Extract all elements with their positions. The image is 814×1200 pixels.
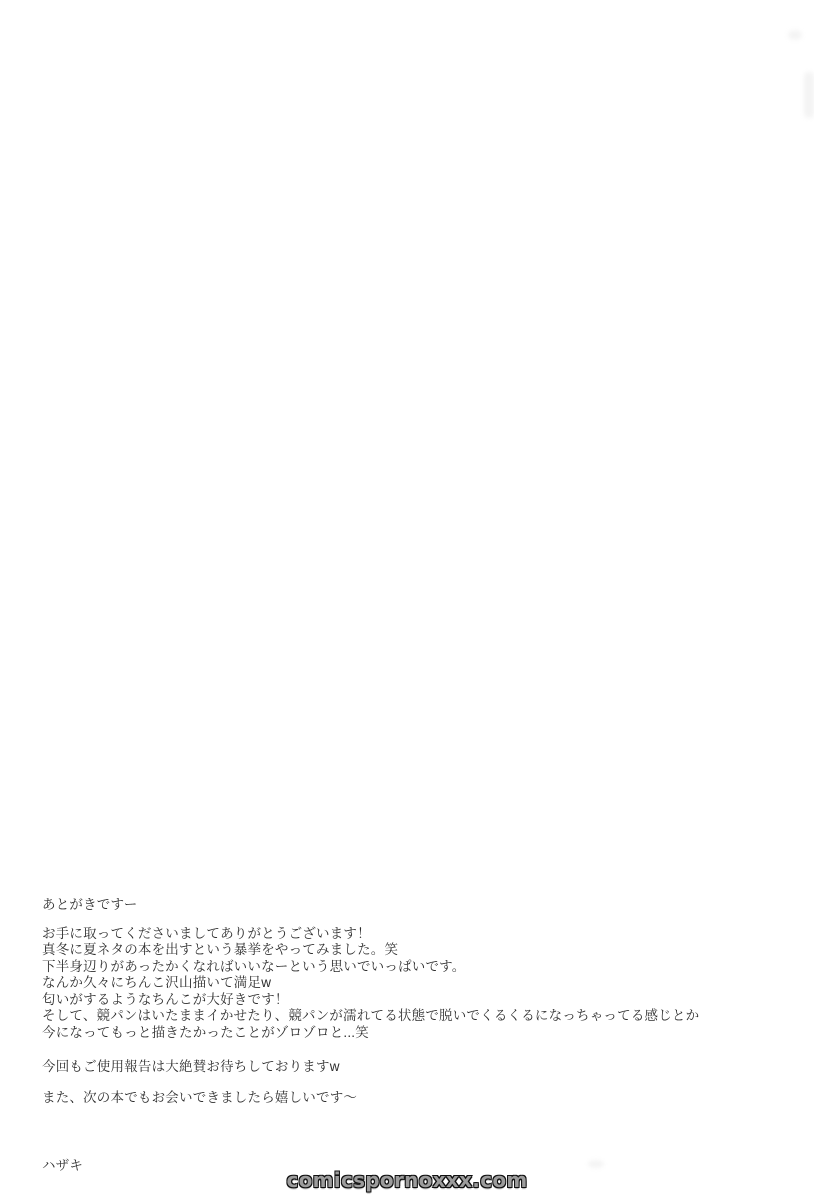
afterword-heading: あとがきですー <box>42 893 138 913</box>
scan-artifact <box>788 30 802 40</box>
afterword-line: 匂いがするようなちんこが大好きです！ <box>42 992 699 1008</box>
afterword-line: 真冬に夏ネタの本を出すという暴挙をやってみました。笑 <box>42 942 699 958</box>
afterword-request-line: 今回もご使用報告は大絶賛お待ちしておりますw <box>42 1055 340 1075</box>
afterword-line: なんか久々にちんこ沢山描いて満足w <box>42 975 699 991</box>
site-watermark: comicspornoxxx.com <box>0 1168 814 1192</box>
afterword-line: 下半身辺りがあったかくなればいいなーという思いでいっぱいです。 <box>42 959 699 975</box>
afterword-line: お手に取ってくださいましてありがとうございます！ <box>42 926 699 942</box>
scan-artifact <box>804 72 814 118</box>
scan-artifact <box>588 1160 604 1168</box>
scanned-afterword-page: あとがきですー お手に取ってくださいましてありがとうございます！ 真冬に夏ネタの… <box>0 0 814 1200</box>
afterword-line: そして、競パンはいたままイかせたり、競パンが濡れてる状態で脱いでくるくるになっち… <box>42 1008 699 1024</box>
afterword-line: 今になってもっと描きたかったことがゾロゾロと...笑 <box>42 1025 699 1041</box>
afterword-closing-line: また、次の本でもお会いできましたら嬉しいです～ <box>42 1086 357 1106</box>
afterword-body: お手に取ってくださいましてありがとうございます！ 真冬に夏ネタの本を出すという暴… <box>42 926 699 1041</box>
